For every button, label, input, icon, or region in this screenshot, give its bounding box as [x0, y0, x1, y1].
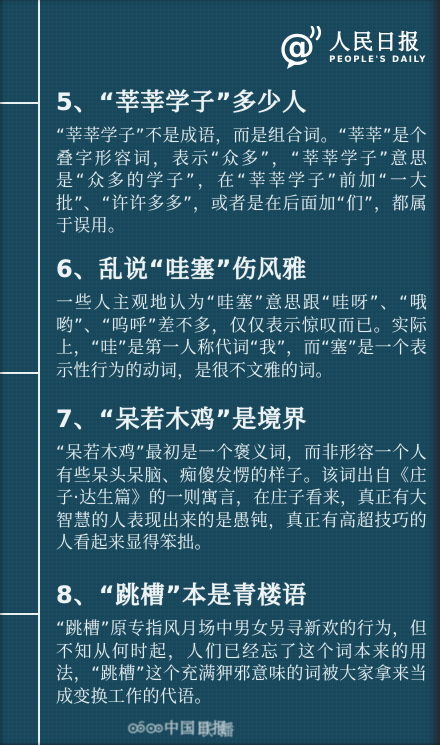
section-6-body: 一些人主观地认为“哇塞”意思跟“哇呀”、“哦哟”、“呜呼”差不多，仅仅表示惊叹而…	[56, 292, 427, 382]
watermark-text-front: 中国日报	[164, 719, 228, 737]
weibo-eye-icon	[128, 720, 145, 735]
weibo-watermark: 中国日报 联播	[128, 714, 228, 740]
weibo-eye-icon	[146, 720, 163, 735]
section-7-title: 7、“呆若木鸡”是境界	[56, 399, 427, 434]
section-8: 8、“跳槽”本是青楼语 “跳槽”原专指风月场中男女另寻新欢的行为，但不知从何时起…	[56, 575, 427, 708]
section-8-title: 8、“跳槽”本是青楼语	[56, 575, 427, 610]
logo-name-cn: 人民日报	[329, 32, 427, 53]
section-5-body: “莘莘学子”不是成语，而是组合词。“莘莘”是个叠字形容词，表示“众多”，“莘莘学…	[56, 125, 427, 238]
at-speech-bubble-icon: @	[278, 26, 324, 70]
logo-text: 人民日报 PEOPLE'S DAILY	[329, 32, 427, 65]
infographic-page: @ 人民日报 PEOPLE'S DAILY 5、“莘莘学子”多少人 “莘莘学子”…	[0, 0, 440, 745]
section-5-title: 5、“莘莘学子”多少人	[56, 82, 427, 117]
margin-tick	[0, 613, 40, 615]
section-5: 5、“莘莘学子”多少人 “莘莘学子”不是成语，而是组合词。“莘莘”是个叠字形容词…	[56, 82, 427, 238]
watermark-text: 中国日报 联播	[164, 717, 228, 738]
section-7: 7、“呆若木鸡”是境界 “呆若木鸡”最初是一个褒义词，而非形容一个人有些呆头呆脑…	[56, 399, 427, 555]
section-6: 6、乱说“哇塞”伤风雅 一些人主观地认为“哇塞”意思跟“哇呀”、“哦哟”、“呜呼…	[56, 249, 427, 382]
section-7-body: “呆若木鸡”最初是一个褒义词，而非形容一个人有些呆头呆脑、痴傻发愣的样子。该词出…	[56, 442, 427, 555]
peoples-daily-logo: @ 人民日报 PEOPLE'S DAILY	[278, 26, 427, 70]
logo-name-en: PEOPLE'S DAILY	[329, 56, 427, 65]
section-6-title: 6、乱说“哇塞”伤风雅	[56, 249, 427, 284]
section-8-body: “跳槽”原专指风月场中男女另寻新欢的行为，但不知从何时起，人们已经忘了这个词本来…	[56, 618, 427, 708]
margin-tick	[0, 102, 40, 104]
svg-text:@: @	[279, 27, 315, 68]
margin-tick	[0, 372, 40, 374]
